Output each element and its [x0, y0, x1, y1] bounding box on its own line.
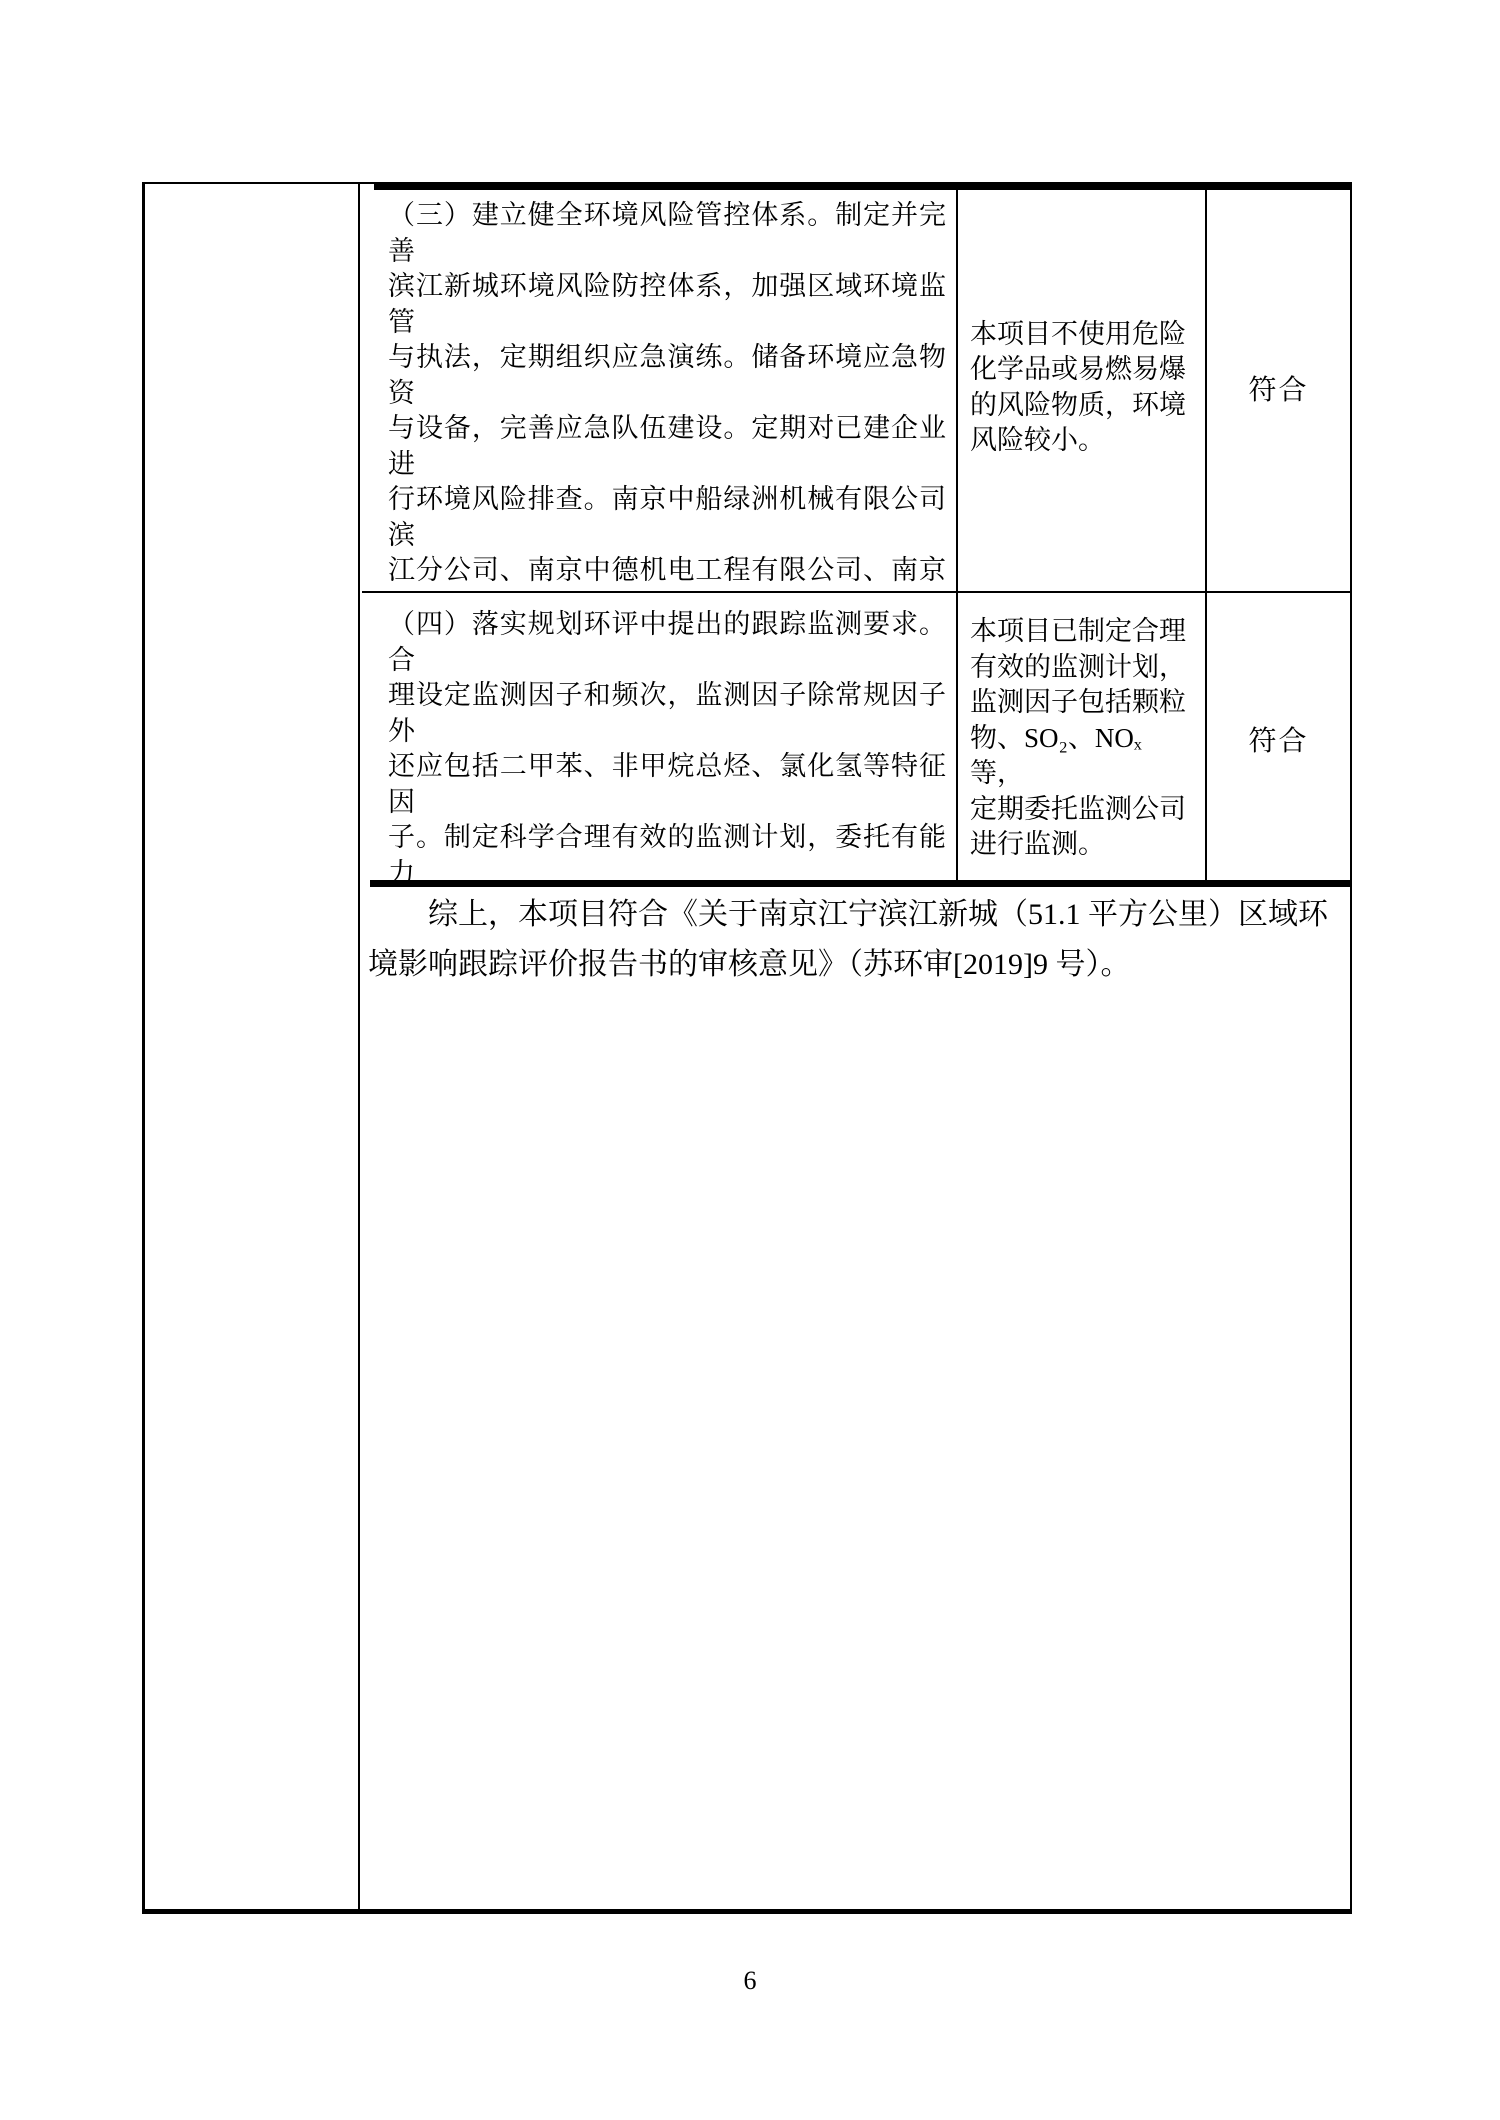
situation-text: 本项目已制定合理 有效的监测计划， 监测因子包括颗粒 物、SO₂、NOₓ 等， …: [958, 614, 1205, 863]
situation-text: 本项目不使用危险 化学品或易燃易爆 的风险物质，环境 风险较小。: [958, 317, 1194, 459]
compliance-table: （三）建立健全环境风险管控体系。制定并完善 滨江新城环境风险防控体系，加强区域环…: [142, 182, 1352, 1914]
document-page: （三）建立健全环境风险管控体系。制定并完善 滨江新城环境风险防控体系，加强区域环…: [0, 0, 1500, 2120]
table-content-area: （三）建立健全环境风险管控体系。制定并完善 滨江新城环境风险防控体系，加强区域环…: [362, 184, 1350, 1909]
nested-table-bottom-border: [370, 880, 1350, 887]
situation-cell-row1: 本项目不使用危险 化学品或易燃易爆 的风险物质，环境 风险较小。: [958, 184, 1207, 593]
conformity-label: 符合: [1248, 368, 1308, 408]
table-left-label-cell: [145, 184, 360, 1909]
nested-table-top-border: [374, 182, 1350, 190]
page-number: 6: [0, 1966, 1500, 1996]
conformity-cell-row1: 符合: [1207, 184, 1350, 593]
nested-comparison-table: （三）建立健全环境风险管控体系。制定并完善 滨江新城环境风险防控体系，加强区域环…: [362, 184, 1350, 884]
summary-paragraph: 综上，本项目符合《关于南京江宁滨江新城（51.1 平方公里）区域环 境影响跟踪评…: [368, 890, 1348, 990]
requirement-cell-row2: （四）落实规划环评中提出的跟踪监测要求。合 理设定监测因子和频次，监测因子除常规…: [362, 593, 958, 884]
requirement-cell-row1: （三）建立健全环境风险管控体系。制定并完善 滨江新城环境风险防控体系，加强区域环…: [362, 184, 958, 593]
conformity-cell-row2: 符合: [1207, 593, 1350, 884]
situation-cell-row2: 本项目已制定合理 有效的监测计划， 监测因子包括颗粒 物、SO₂、NOₓ 等， …: [958, 593, 1207, 884]
conformity-label: 符合: [1248, 719, 1308, 759]
